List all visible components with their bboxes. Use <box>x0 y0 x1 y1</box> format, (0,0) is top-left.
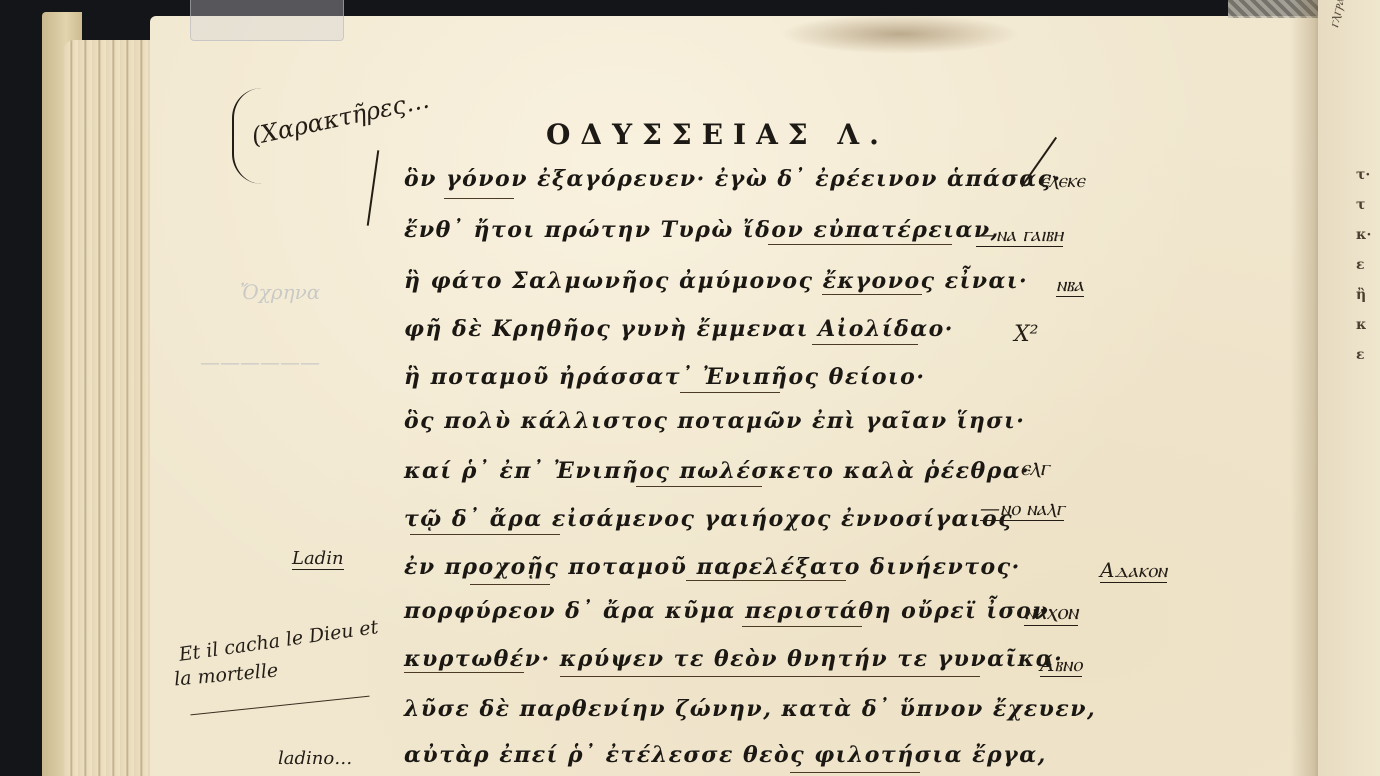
margin-note-right: Χ² <box>1014 322 1038 347</box>
underline-mark <box>410 534 560 535</box>
facing-page <box>1318 0 1380 776</box>
text-line: ἣ φάτο Σαλμωνῆος ἀμύμονος ἔκγονος εἶναι· <box>404 268 1028 294</box>
margin-note-right: Aⲃⲛⲟ <box>1040 652 1082 677</box>
text-line: λῦσε δὲ παρθενίην ζώνην, κατὰ δ᾽ ὕπνον ἔ… <box>404 696 1096 722</box>
page-stain <box>780 14 1020 54</box>
underline-mark <box>686 580 846 581</box>
underline-mark <box>444 198 514 199</box>
underline-mark <box>636 486 762 487</box>
underline-mark <box>822 294 922 295</box>
clear-page-clip <box>190 0 344 41</box>
text-line: φῆ δὲ Κρηθῆος γυνὴ ἔμμεναι Αἰολίδαο· <box>404 316 954 342</box>
facing-page-text: τ·τκ·εἢκε <box>1356 160 1380 370</box>
text-line: αὐτὰρ ἐπεί ῥ᾽ ἐτέλεσσε θεὸς φιλοτήσια ἔρ… <box>404 742 1047 768</box>
margin-note-right: ⲉⲗⲉⲕⲉ <box>1040 168 1085 192</box>
page-edges <box>64 40 164 776</box>
running-head: ΟΔΥΣΣΕΙΑΣ Λ. <box>546 118 889 151</box>
text-line: ἔνθ᾽ ἤτοι πρώτην Τυρὼ ἴδον εὐπατέρειαν, <box>404 217 1000 243</box>
margin-note-right: —ⲛⲟ ⲛⲁⲗⲅ <box>980 496 1064 521</box>
underline-mark <box>742 626 862 627</box>
underline-mark <box>790 772 920 773</box>
bleed-through-text: Ὄχρηνα <box>240 280 320 304</box>
margin-note-right: Aⲇⲁⲕⲟⲛ <box>1100 558 1167 583</box>
text-line: κυρτωθέν· κρύψεν τε θεὸν θνητήν τε γυναῖ… <box>404 646 1063 672</box>
bleed-through-text: —————— <box>200 350 320 374</box>
underline-mark <box>680 392 780 393</box>
text-line: πορφύρεον δ᾽ ἄρα κῦμα περιστάθη οὔρεϊ ἶσ… <box>404 598 1049 624</box>
text-line: τῷ δ᾽ ἄρα εἰσάμενος γαιήοχος ἐννοσίγαιος <box>404 506 1013 532</box>
text-line: ὃς πολὺ κάλλιστος ποταμῶν ἐπὶ γαῖαν ἵησι… <box>404 408 1025 434</box>
underline-mark <box>812 344 918 345</box>
margin-note-bottom-left: ladino… <box>278 748 352 769</box>
margin-note-right: ⲛⲁⲭⲟⲛ <box>1024 600 1078 626</box>
text-line: ἣ ποταμοῦ ἠράσσατ᾽ Ἐνιπῆος θείοιο· <box>404 364 926 390</box>
underline-mark <box>560 676 980 677</box>
underline-mark <box>404 672 524 673</box>
text-line: ἐν προχοῇς ποταμοῦ παρελέξατο δινήεντος· <box>404 554 1021 580</box>
margin-note-right: ⲉⲗⲅ <box>1020 456 1049 481</box>
underline-mark <box>768 244 952 245</box>
margin-note-mid-left: Ladin <box>292 548 344 570</box>
margin-note-right: —ⲛⲁ ⲅⲁⲓⲃⲏ <box>976 222 1063 247</box>
text-line: ὃν γόνον ἐξαγόρευεν· ἐγὼ δ᾽ ἐρέεινον ἁπά… <box>404 166 1062 192</box>
margin-note-right: ⲛⲃⲁ <box>1056 272 1084 297</box>
underline-mark <box>470 584 550 585</box>
text-line: καί ῥ᾽ ἐπ᾽ Ἐνιπῆος πωλέσκετο καλὰ ῥέεθρα… <box>404 458 1030 484</box>
